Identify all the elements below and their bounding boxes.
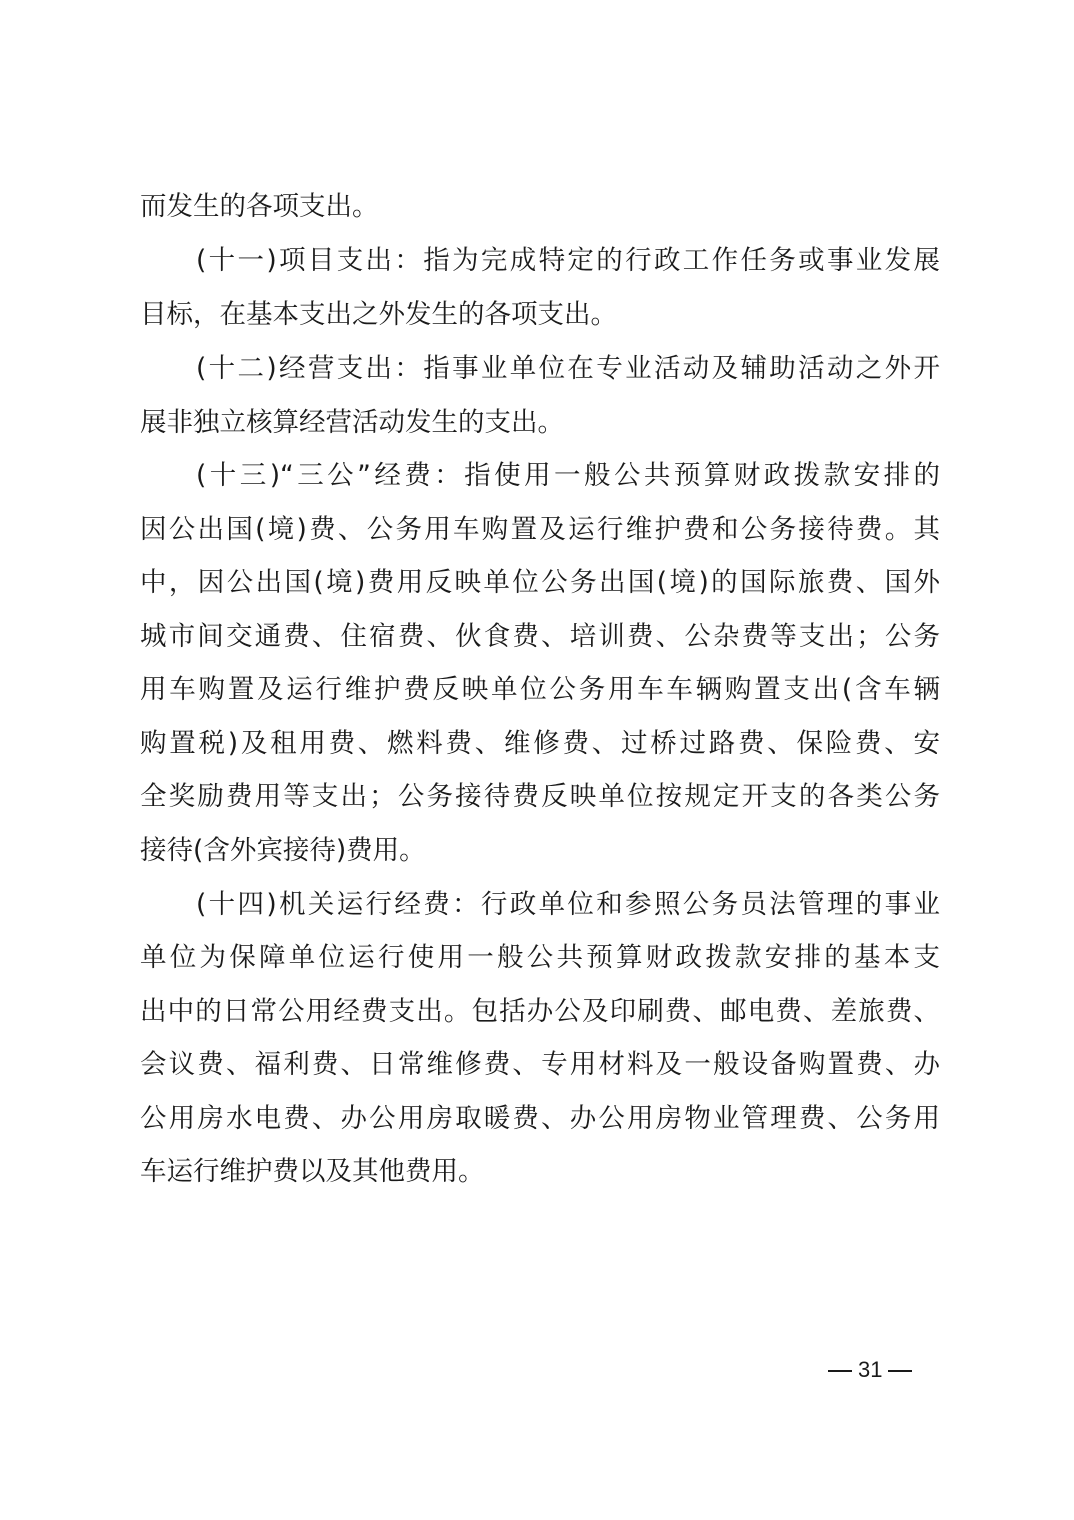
paragraph-line: 中，因公出国(境)费用反映单位公务出国(境)的国际旅费、国外 xyxy=(140,563,940,603)
paragraph-line: (十四)机关运行经费：行政单位和参照公务员法管理的事业 xyxy=(196,885,940,925)
paragraph-line: 目标，在基本支出之外发生的各项支出。 xyxy=(140,295,940,335)
paragraph-line: 公用房水电费、办公用房取暖费、办公用房物业管理费、公务用 xyxy=(140,1099,940,1139)
document-page: 而发生的各项支出。 (十一)项目支出：指为完成特定的行政工作任务或事业发展 目标… xyxy=(0,0,1074,1520)
paragraph-line: 出中的日常公用经费支出。包括办公及印刷费、邮电费、差旅费、 xyxy=(140,992,940,1032)
page-number: 31 xyxy=(822,1355,918,1385)
paragraph-line: 车运行维护费以及其他费用。 xyxy=(140,1152,940,1192)
paragraph-line: 全奖励费用等支出；公务接待费反映单位按规定开支的各类公务 xyxy=(140,777,940,817)
paragraph-line: (十三)“三公”经费：指使用一般公共预算财政拨款安排的 xyxy=(196,456,940,496)
paragraph-line: 会议费、福利费、日常维修费、专用材料及一般设备购置费、办 xyxy=(140,1045,940,1085)
dash-left xyxy=(828,1370,852,1372)
paragraph-line: 用车购置及运行维护费反映单位公务用车车辆购置支出(含车辆 xyxy=(140,670,940,710)
paragraph-line: (十一)项目支出：指为完成特定的行政工作任务或事业发展 xyxy=(196,241,940,281)
page-number-value: 31 xyxy=(858,1357,882,1382)
paragraph-line: 因公出国(境)费、公务用车购置及运行维护费和公务接待费。其 xyxy=(140,510,940,550)
paragraph-line: 购置税)及租用费、燃料费、维修费、过桥过路费、保险费、安 xyxy=(140,724,940,764)
paragraph-line: 接待(含外宾接待)费用。 xyxy=(140,831,940,871)
paragraph-line: 单位为保障单位运行使用一般公共预算财政拨款安排的基本支 xyxy=(140,938,940,978)
paragraph-line: 城市间交通费、住宿费、伙食费、培训费、公杂费等支出；公务 xyxy=(140,617,940,657)
paragraph-line: 而发生的各项支出。 xyxy=(140,187,940,227)
paragraph-line: 展非独立核算经营活动发生的支出。 xyxy=(140,403,940,443)
paragraph-line: (十二)经营支出：指事业单位在专业活动及辅助活动之外开 xyxy=(196,349,940,389)
dash-right xyxy=(888,1370,912,1372)
